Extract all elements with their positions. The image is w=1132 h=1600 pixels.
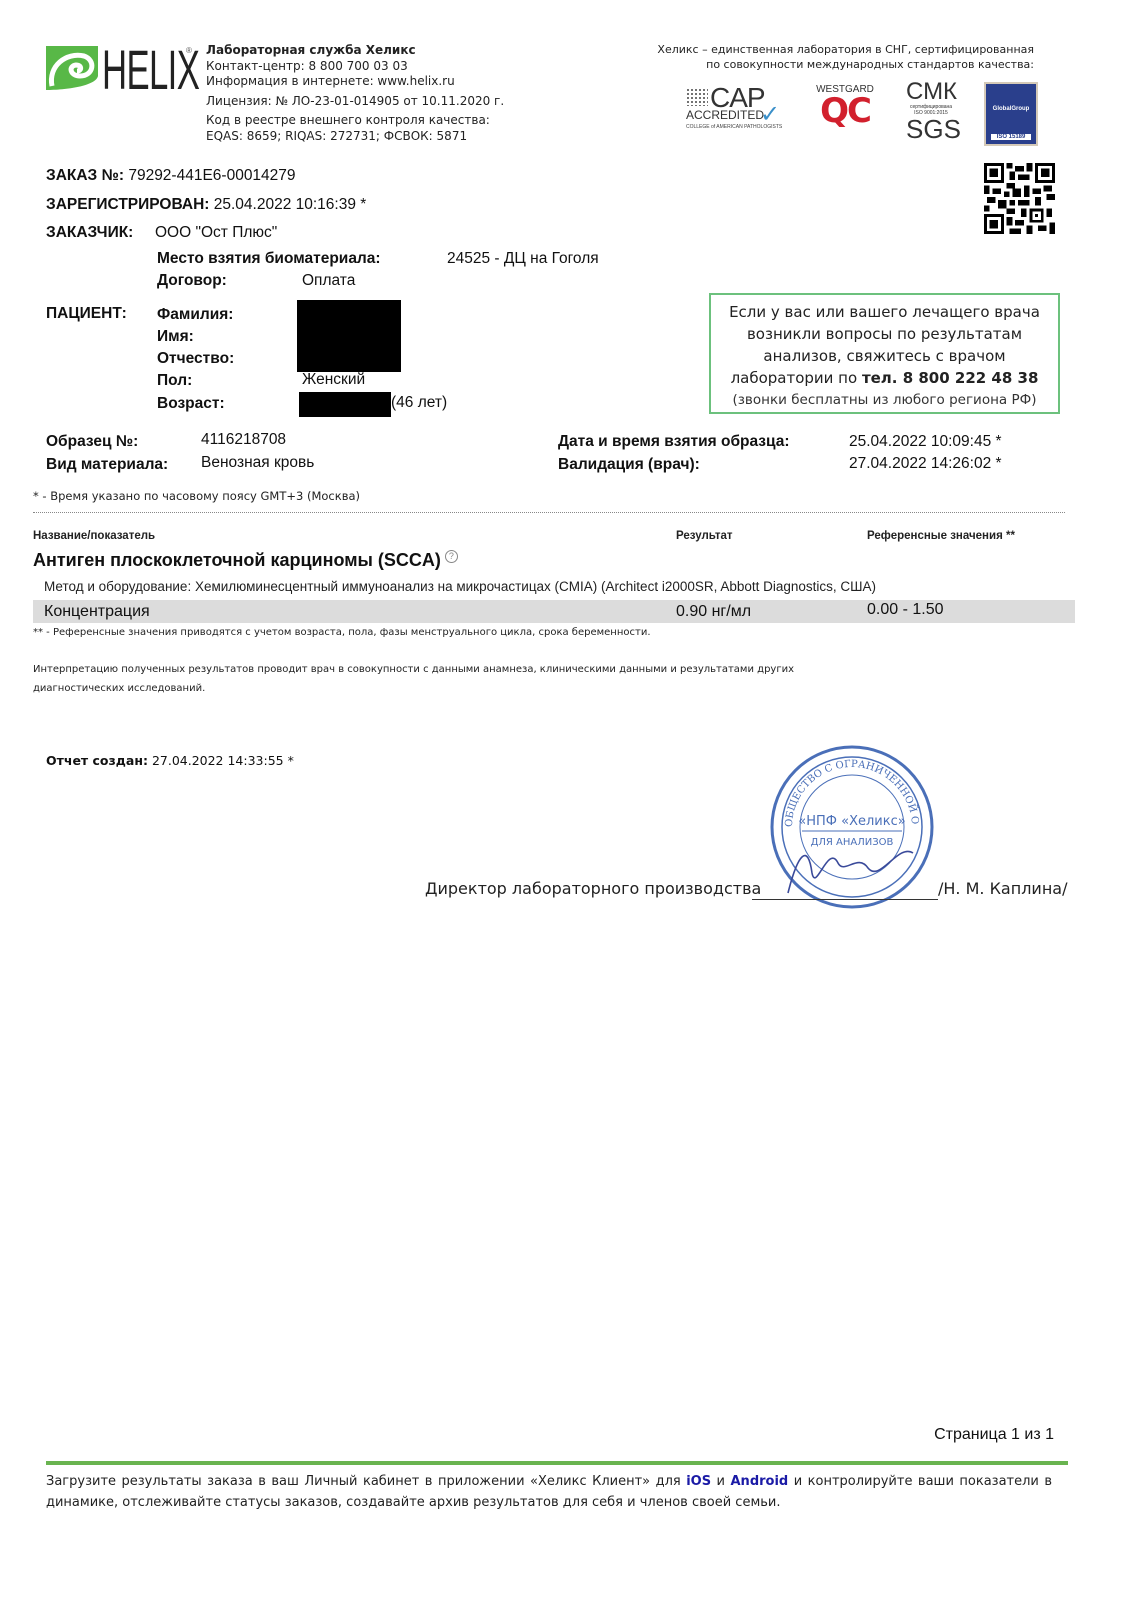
customer-label: ЗАКАЗЧИК: xyxy=(46,224,133,242)
notice-line-3: анализов, свяжитесь с врачом xyxy=(711,345,1058,367)
interpretation-line-1: Интерпретацию полученных результатов про… xyxy=(33,660,794,679)
license: Лицензия: № ЛО-23-01-014905 от 10.11.202… xyxy=(206,94,504,110)
director-label: Директор лабораторного производства xyxy=(425,879,761,898)
method-equipment: Метод и оборудование: Хемилюминесцентный… xyxy=(44,579,876,594)
order-label: ЗАКАЗ №: xyxy=(46,167,124,184)
timezone-note: * - Время указано по часовому поясу GMT+… xyxy=(33,489,360,503)
cap-accredited-logo: CAP ACCREDITED ✓ COLLEGE of AMERICAN PAT… xyxy=(684,84,794,134)
sex-value: Женский xyxy=(302,371,365,389)
notice-prefix: лаборатории по xyxy=(731,369,862,387)
registry-label: Код в реестре внешнего контроля качества… xyxy=(206,113,504,129)
validation-value: 27.04.2022 14:26:02 * xyxy=(849,455,1002,473)
footer-text-prefix: Загрузите результаты заказа в ваш Личный… xyxy=(46,1474,686,1489)
report-created: Отчет создан: 27.04.2022 14:33:55 * xyxy=(46,753,294,768)
sample-number-value: 4116218708 xyxy=(201,431,286,449)
site-label: Место взятия биоматериала: xyxy=(157,250,381,268)
certification-logos: CAP ACCREDITED ✓ COLLEGE of AMERICAN PAT… xyxy=(684,84,1064,146)
svg-text:ДЛЯ АНАЛИЗОВ: ДЛЯ АНАЛИЗОВ xyxy=(811,837,894,848)
notice-line-2: возникли вопросы по результатам xyxy=(711,323,1058,345)
registered-label: ЗАРЕГИСТРИРОВАН: xyxy=(46,196,209,213)
registered-row: ЗАРЕГИСТРИРОВАН: 25.04.2022 10:16:39 * xyxy=(46,196,366,214)
svg-text:«НПФ «Хеликс»: «НПФ «Хеликс» xyxy=(798,814,905,829)
globalgroup-text: GlobalGroup xyxy=(986,106,1036,112)
footer-and: и xyxy=(711,1474,730,1489)
cap-dots-icon xyxy=(686,88,708,106)
patronymic-label: Отчество: xyxy=(157,350,234,368)
reference-note: ** - Референсные значения приводятся с у… xyxy=(33,627,651,638)
registered-value: 25.04.2022 10:16:39 * xyxy=(214,196,367,213)
sample-number-label: Образец №: xyxy=(46,433,138,451)
cap-accredited-text: ACCREDITED xyxy=(686,108,764,122)
age-value: (46 лет) xyxy=(391,394,447,412)
site-value: 24525 - ДЦ на Гоголя xyxy=(447,250,599,268)
sgs-cmk-logo: СМК сертифицирована ISO 9001:2015 SGS xyxy=(906,80,956,142)
director-name: /Н. М. Каплина/ xyxy=(938,879,1067,898)
doctor-phone: тел. 8 800 222 48 38 xyxy=(862,369,1038,387)
cmk-text: СМК xyxy=(906,80,956,104)
surname-label: Фамилия: xyxy=(157,306,233,324)
sgs-text: SGS xyxy=(906,116,956,142)
result-value: 0.90 нг/мл xyxy=(676,603,751,621)
material-label: Вид материала: xyxy=(46,456,168,474)
android-link[interactable]: Android xyxy=(731,1474,789,1489)
name-label: Имя: xyxy=(157,328,194,346)
globalgroup-iso-logo: GlobalGroup ISO 15189 xyxy=(984,82,1038,146)
customer-value: ООО "Ост Плюс" xyxy=(155,224,277,242)
order-number-row: ЗАКАЗ №: 79292-441E6-00014279 xyxy=(46,167,296,185)
cert-line-1: Хеликс – единственная лаборатория в СНГ,… xyxy=(654,42,1034,57)
iso-15189-text: ISO 15189 xyxy=(991,134,1031,140)
registry-codes: EQAS: 8659; RIQAS: 272731; ФСВОК: 5871 xyxy=(206,129,504,145)
interpretation-note: Интерпретацию полученных результатов про… xyxy=(33,660,794,698)
age-label: Возраст: xyxy=(157,395,225,413)
signature-line xyxy=(752,899,938,900)
cap-college-text: COLLEGE of AMERICAN PATHOLOGISTS xyxy=(686,124,782,130)
table-row: Концентрация 0.90 нг/мл 0.00 - 1.50 xyxy=(33,600,1075,623)
taken-label: Дата и время взятия образца: xyxy=(558,433,790,451)
doctor-contact-notice: Если у вас или вашего лечащего врача воз… xyxy=(709,293,1060,414)
validation-label: Валидация (врач): xyxy=(558,456,700,474)
col-result-header: Результат xyxy=(676,530,732,542)
page-number: Страница 1 из 1 xyxy=(934,1426,1054,1444)
contact-center: Контакт-центр: 8 800 700 03 03 xyxy=(206,59,504,75)
notice-line-1: Если у вас или вашего лечащего врача xyxy=(711,301,1058,323)
company-stamp-icon: ОБЩЕСТВО С ОГРАНИЧЕННОЙ ОТВЕТСТВЕННОСТЬЮ… xyxy=(768,743,936,911)
help-icon[interactable]: ? xyxy=(445,550,458,563)
contract-value: Оплата xyxy=(302,272,355,290)
patient-label: ПАЦИЕНТ: xyxy=(46,305,127,323)
col-name-header: Название/показатель xyxy=(33,530,155,542)
dotted-divider xyxy=(33,512,1065,513)
report-created-label: Отчет создан: xyxy=(46,753,148,768)
redacted-birthdate xyxy=(299,392,391,417)
helix-logo: HELIX ® xyxy=(46,46,191,96)
order-number: 79292-441E6-00014279 xyxy=(128,167,295,184)
sex-label: Пол: xyxy=(157,372,192,390)
cert-line-2: по совокупности международных стандартов… xyxy=(654,57,1034,72)
westgard-qc-logo: WESTGARD QC xyxy=(814,84,876,127)
website: Информация в интернете: www.helix.ru xyxy=(206,74,504,90)
lab-info: Лабораторная служба Хеликс Контакт-центр… xyxy=(206,43,504,144)
test-title: Антиген плоскоклеточной карциномы (SCCA)… xyxy=(33,550,458,571)
footer-app-promo: Загрузите результаты заказа в ваш Личный… xyxy=(46,1471,1052,1513)
ios-link[interactable]: iOS xyxy=(686,1474,711,1489)
qr-code-icon xyxy=(984,163,1055,234)
test-title-text: Антиген плоскоклеточной карциномы (SCCA) xyxy=(33,550,441,570)
interpretation-line-2: диагностических исследований. xyxy=(33,679,794,698)
contract-label: Договор: xyxy=(157,272,227,290)
footer-divider xyxy=(46,1461,1068,1465)
redacted-name-block xyxy=(297,300,401,372)
report-created-value: 27.04.2022 14:33:55 * xyxy=(152,753,294,768)
taken-value: 25.04.2022 10:09:45 * xyxy=(849,433,1002,451)
material-value: Венозная кровь xyxy=(201,454,314,472)
helix-wordmark: HELIX xyxy=(102,40,199,100)
certification-text: Хеликс – единственная лаборатория в СНГ,… xyxy=(654,42,1034,72)
qc-text: QC xyxy=(814,95,876,127)
col-reference-header: Референсные значения ** xyxy=(867,530,1015,542)
registered-mark: ® xyxy=(186,46,192,55)
notice-line-5: (звонки бесплатны из любого региона РФ) xyxy=(711,389,1058,411)
reference-range: 0.00 - 1.50 xyxy=(867,601,944,619)
result-name: Концентрация xyxy=(44,603,150,621)
helix-spiral-icon xyxy=(46,46,98,94)
lab-name: Лабораторная служба Хеликс xyxy=(206,43,504,59)
notice-line-4: лаборатории по тел. 8 800 222 48 38 xyxy=(711,367,1058,389)
